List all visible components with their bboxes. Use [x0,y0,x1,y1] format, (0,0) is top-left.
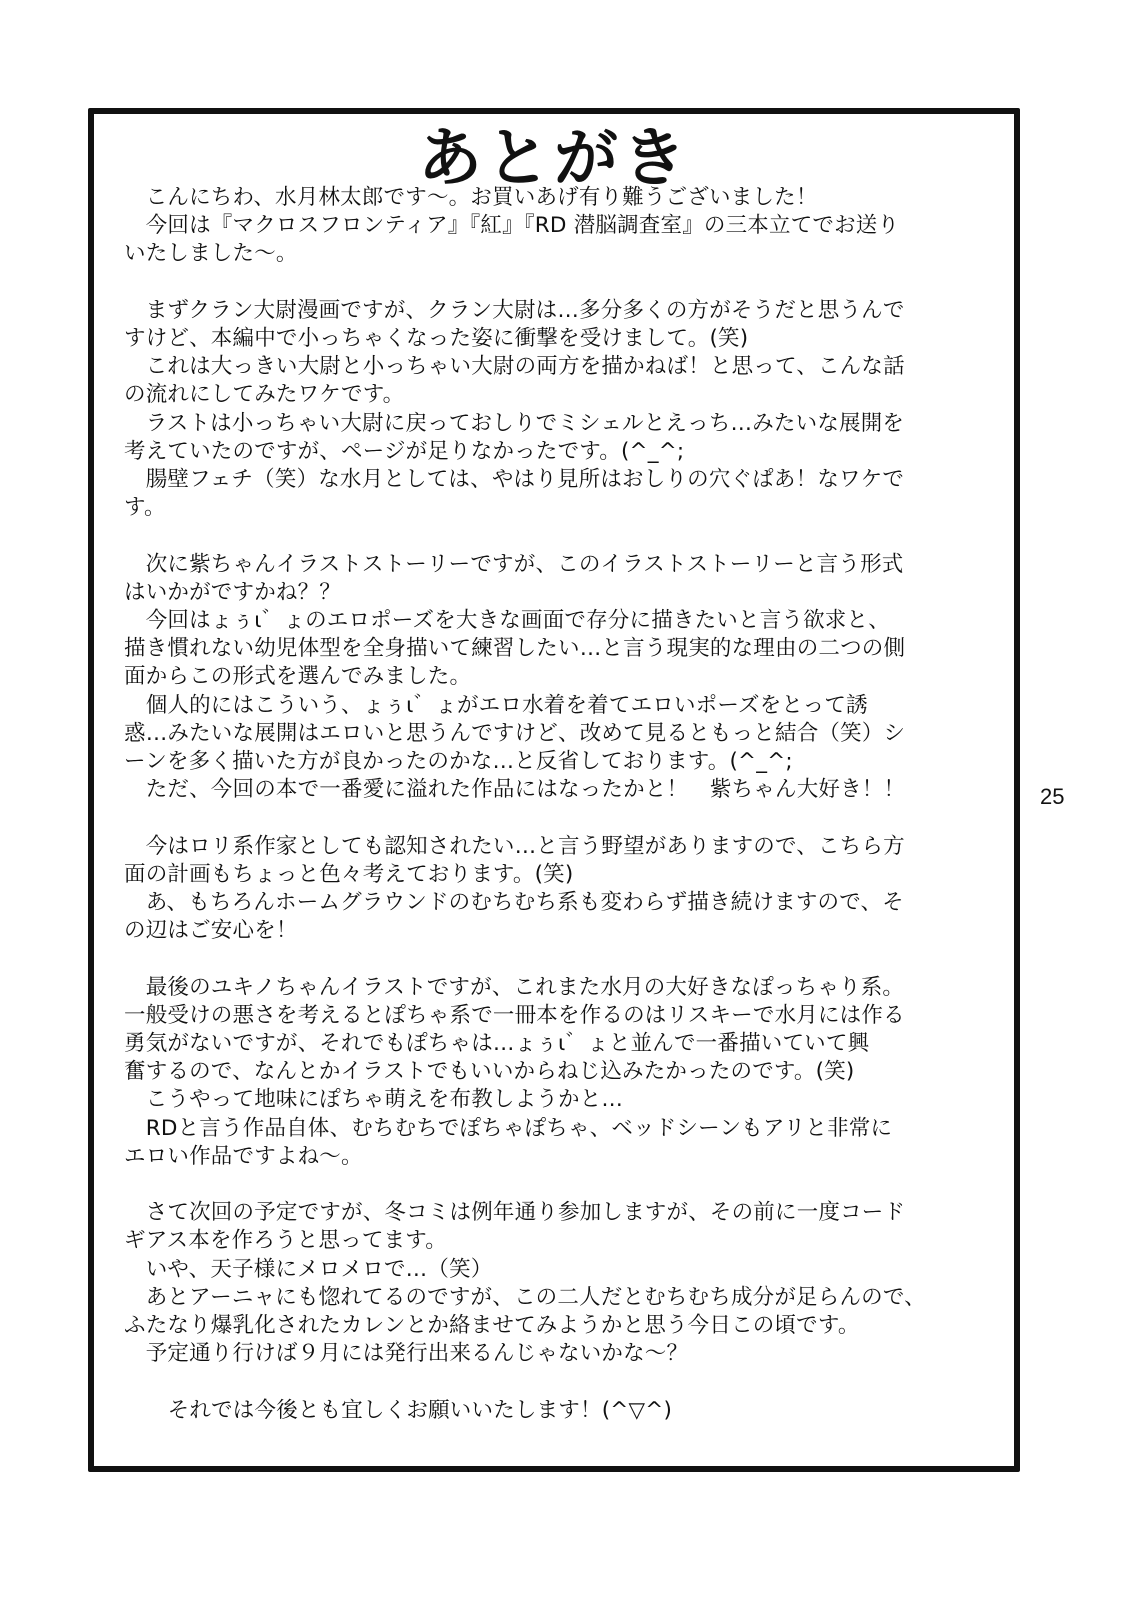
text-line: まずクラン大尉漫画ですが、クラン大尉は…多分多くの方がそうだと思うんで [124,297,994,325]
paragraph-gap [124,1171,994,1199]
section-greeting: こんにちわ、水月林太郎です～。お買いあげ有り難うございました！ 今回は『マクロス… [124,184,994,269]
text-line: あ、もちろんホームグラウンドのむちむち系も変わらず描き続けますので、そ [124,889,994,917]
text-line: いたしました～。 [124,240,994,268]
text-line: 面の計画もちょっと色々考えております。(笑) [124,861,994,889]
section-plans: 今はロリ系作家としても認知されたい…と言う野望がありますので、こちら方 面の計画… [124,833,994,946]
text-line: 今回は『マクロスフロンティア』『紅』『RD 潜脳調査室』の三本立てでお送り [124,212,994,240]
text-line: 予定通り行けば９月には発行出来るんじゃないかな～？ [124,1340,994,1368]
text-line: 面からこの形式を選んでみました。 [124,663,994,691]
text-line: こうやって地味にぽちゃ萌えを布教しようかと… [124,1086,994,1114]
paragraph-gap [124,269,994,297]
text-line: ギアス本を作ろうと思ってます。 [124,1227,994,1255]
closing-line: それでは今後とも宜しくお願いいたします！(^▽^) [124,1397,994,1425]
afterword-frame: あとがき こんにちわ、水月林太郎です～。お買いあげ有り難うございました！ 今回は… [88,108,1020,1472]
text-line: あとアーニャにも惚れてるのですが、この二人だとむちむち成分が足らんので、 [124,1284,994,1312]
page-number: 25 [1040,784,1064,810]
text-line: これは大っきい大尉と小っちゃい大尉の両方を描かねば！と思って、こんな話 [124,353,994,381]
text-line: 最後のユキノちゃんイラストですが、これまた水月の大好きなぽっちゃり系。 [124,974,994,1002]
section-macross: まずクラン大尉漫画ですが、クラン大尉は…多分多くの方がそうだと思うんで すけど、… [124,297,994,523]
text-line: の流れにしてみたワケです。 [124,381,994,409]
text-line: ふたなり爆乳化されたカレンとか絡ませてみようかと思う今日この頃です。 [124,1312,994,1340]
text-line: 奮するので、なんとかイラストでもいいからねじ込みたかったのです。(笑) [124,1058,994,1086]
text-line: すけど、本編中で小っちゃくなった姿に衝撃を受けまして。(笑) [124,325,994,353]
text-line: 描き慣れない幼児体型を全身描いて練習したい…と言う現実的な理由の二つの側 [124,635,994,663]
text-line: こんにちわ、水月林太郎です～。お買いあげ有り難うございました！ [124,184,994,212]
text-line: エロい作品ですよね～。 [124,1143,994,1171]
text-line: 今はロリ系作家としても認知されたい…と言う野望がありますので、こちら方 [124,833,994,861]
text-line: 考えていたのですが、ページが足りなかったです。(^_^; [124,438,994,466]
paragraph-gap [124,804,994,832]
text-line: ラストは小っちゃい大尉に戻っておしりでミシェルとえっち…みたいな展開を [124,410,994,438]
paragraph-gap [124,1368,994,1396]
text-line: いや、天子様にメロメロで…（笑） [124,1256,994,1284]
text-line: の辺はご安心を！ [124,917,994,945]
section-rd: 最後のユキノちゃんイラストですが、これまた水月の大好きなぽっちゃり系。 一般受け… [124,974,994,1171]
section-kurenai: 次に紫ちゃんイラストストーリーですが、このイラストストーリーと言う形式 はいかが… [124,551,994,805]
section-next: さて次回の予定ですが、冬コミは例年通り参加しますが、その前に一度コード ギアス本… [124,1199,994,1368]
afterword-body: こんにちわ、水月林太郎です～。お買いあげ有り難うございました！ 今回は『マクロス… [124,184,994,1425]
paragraph-gap [124,522,994,550]
paragraph-gap [124,945,994,973]
text-line: 惑…みたいな展開はエロいと思うんですけど、改めて見るともっと結合（笑）シ [124,720,994,748]
text-line: ーンを多く描いた方が良かったのかな…と反省しております。(^_^; [124,748,994,776]
text-line: RDと言う作品自体、むちむちでぽちゃぽちゃ、ベッドシーンもアリと非常に [124,1115,994,1143]
text-line: 次に紫ちゃんイラストストーリーですが、このイラストストーリーと言う形式 [124,551,994,579]
text-line: 今回はょぅι゛ょのエロポーズを大きな画面で存分に描きたいと言う欲求と、 [124,607,994,635]
text-line: 腸壁フェチ（笑）な水月としては、やはり見所はおしりの穴ぐぱあ！なワケで [124,466,994,494]
text-line: ただ、今回の本で一番愛に溢れた作品にはなったかと！ 紫ちゃん大好き！！ [124,776,994,804]
text-line: す。 [124,494,994,522]
text-line: はいかがですかね？？ [124,579,994,607]
text-line: 個人的にはこういう、ょぅι゛ょがエロ水着を着てエロいポーズをとって誘 [124,692,994,720]
text-line: さて次回の予定ですが、冬コミは例年通り参加しますが、その前に一度コード [124,1199,994,1227]
text-line: 勇気がないですが、それでもぽちゃは…ょぅι゛ょと並んで一番描いていて興 [124,1030,994,1058]
text-line: 一般受けの悪さを考えるとぽちゃ系で一冊本を作るのはリスキーで水月には作る [124,1002,994,1030]
